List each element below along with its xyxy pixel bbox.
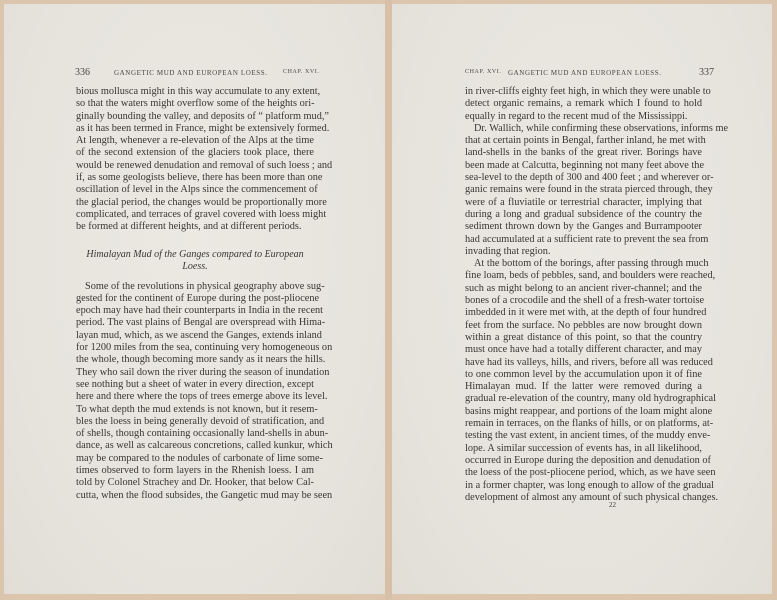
text-line: as it has been termed in France, might b… bbox=[76, 123, 314, 135]
text-line: Himalayan mud. If the latter were remove… bbox=[465, 381, 702, 393]
text-line: bious mollusca might in this way accumul… bbox=[76, 86, 314, 98]
text-line: sediment thrown down by the Ganges and B… bbox=[465, 221, 702, 233]
text-line: fine loam, beds of pebbles, sand, and bo… bbox=[465, 270, 702, 282]
text-line: Dr. Wallich, while confirming these obse… bbox=[465, 123, 702, 135]
section-heading-line: Himalayan Mud of the Ganges compared to … bbox=[76, 249, 314, 261]
text-line: To what depth the mud extends is not kno… bbox=[76, 404, 314, 416]
text-line: invading that region. bbox=[465, 246, 702, 258]
text-line: had accumulated at a sufficient rate to … bbox=[465, 234, 702, 246]
text-line: times observed to form layers in the Rhe… bbox=[76, 465, 314, 477]
left-page-body: bious mollusca might in this way accumul… bbox=[76, 86, 314, 502]
text-line: within a great distance of this point, s… bbox=[465, 332, 702, 344]
text-line: development of almost any amount of such… bbox=[465, 492, 702, 504]
text-line: cutta, when the flood subsides, the Gang… bbox=[76, 490, 314, 502]
running-title: GANGETIC MUD AND EUROPEAN LOESS. bbox=[508, 69, 662, 77]
text-line: to one common level by the accumulation … bbox=[465, 369, 702, 381]
paragraph: At the bottom of the borings, after pass… bbox=[465, 258, 702, 504]
text-line: for 1200 miles from the sea, continuing … bbox=[76, 342, 314, 354]
text-line: here and there where the tops of trees e… bbox=[76, 391, 314, 403]
signature-mark: 22 bbox=[609, 501, 616, 509]
text-line: the whole, though becoming more sandy as… bbox=[76, 354, 314, 366]
text-line: oscillation of level in the Alps since t… bbox=[76, 184, 314, 196]
text-line: sea-level to the depth of 300 and 400 fe… bbox=[465, 172, 702, 184]
text-line: such as might belong to an ancient river… bbox=[465, 283, 702, 295]
text-line: complicated, and terraces of gravel cove… bbox=[76, 209, 314, 221]
text-line: would be renewed denudation and removal … bbox=[76, 160, 314, 172]
text-line: in a former chapter, was long enough to … bbox=[465, 480, 702, 492]
text-line: ginally bounding the valley, and deposit… bbox=[76, 111, 314, 123]
text-line: lope. A similar succession of events has… bbox=[465, 443, 702, 455]
text-line: layan mud, which, as we ascend the Gange… bbox=[76, 330, 314, 342]
text-line: must once have had a totally different c… bbox=[465, 344, 702, 356]
chapter-label: CHAP. XVI. bbox=[465, 69, 502, 75]
page-number: 336 bbox=[75, 67, 90, 78]
text-line: were of a fluviatile or terrestrial char… bbox=[465, 197, 702, 209]
text-line: epoch may have had their counterparts in… bbox=[76, 305, 314, 317]
section-heading-line: Loess. bbox=[76, 261, 314, 273]
text-line: that at certain points in Bengal, farthe… bbox=[465, 135, 702, 147]
text-line: gested for the continent of Europe durin… bbox=[76, 293, 314, 305]
text-line: the glacial period, the changes would be… bbox=[76, 197, 314, 209]
text-line: bones of a crocodile and the shell of a … bbox=[465, 295, 702, 307]
book-gutter bbox=[385, 0, 392, 600]
text-line: of the second extension of the glaciers … bbox=[76, 147, 314, 159]
paragraph: in river-cliffs eighty feet high, in whi… bbox=[465, 86, 702, 123]
text-line: so that the waters might overflow some o… bbox=[76, 98, 314, 110]
text-line: At length, whenever a re-elevation of th… bbox=[76, 135, 314, 147]
text-line: be formed at different heights, and at d… bbox=[76, 221, 314, 233]
left-page: 336 GANGETIC MUD AND EUROPEAN LOESS. CHA… bbox=[4, 4, 385, 594]
text-line: detect organic remains, a remark which I… bbox=[465, 98, 702, 110]
text-line: Some of the revolutions in physical geog… bbox=[76, 281, 314, 293]
text-line: in river-cliffs eighty feet high, in whi… bbox=[465, 86, 702, 98]
text-line: dance, as well as calcareous concretions… bbox=[76, 440, 314, 452]
running-title: GANGETIC MUD AND EUROPEAN LOESS. bbox=[114, 69, 268, 77]
text-line: may be compared to the nodules of carbon… bbox=[76, 453, 314, 465]
text-line: if, as some geologists believe, there ha… bbox=[76, 172, 314, 184]
text-line: bles the loess in being generally devoid… bbox=[76, 416, 314, 428]
text-line: occurred in Europe during the deposition… bbox=[465, 455, 702, 467]
paragraph: Dr. Wallich, while confirming these obse… bbox=[465, 123, 702, 258]
text-line: feet from the surface. No pebbles are no… bbox=[465, 320, 702, 332]
text-line: during a long and gradual subsidence of … bbox=[465, 209, 702, 221]
text-line: land-shells in the banks of the great ri… bbox=[465, 147, 702, 159]
text-line: been made at Calcutta, beginning not man… bbox=[465, 160, 702, 172]
text-line: remain in terraces, on the flanks of hil… bbox=[465, 418, 702, 430]
text-line: basins might reappear, and portions of t… bbox=[465, 406, 702, 418]
text-line: equally in regard to the recent mud of t… bbox=[465, 111, 702, 123]
text-line: imbedded in it were met with, at the dep… bbox=[465, 307, 702, 319]
text-line: of shells, though containing occasionall… bbox=[76, 428, 314, 440]
text-line: ganic remains were found in the strata p… bbox=[465, 184, 702, 196]
text-line: have had its valleys, hills, and rivers,… bbox=[465, 357, 702, 369]
text-line: told by Colonel Strachey and Dr. Hooker,… bbox=[76, 477, 314, 489]
text-line: They who sail down the river during the … bbox=[76, 367, 314, 379]
paragraph: bious mollusca might in this way accumul… bbox=[76, 86, 314, 234]
text-line: see nothing but a sheet of water in ever… bbox=[76, 379, 314, 391]
right-page-body: in river-cliffs eighty feet high, in whi… bbox=[465, 86, 702, 504]
text-line: testing the vast extent, in ancient time… bbox=[465, 430, 702, 442]
right-page: CHAP. XVI. GANGETIC MUD AND EUROPEAN LOE… bbox=[392, 4, 772, 594]
chapter-label: CHAP. XVI. bbox=[283, 69, 320, 75]
text-line: At the bottom of the borings, after pass… bbox=[465, 258, 702, 270]
section-heading: Himalayan Mud of the Ganges compared to … bbox=[76, 249, 314, 273]
paragraph: Some of the revolutions in physical geog… bbox=[76, 281, 314, 502]
text-line: the loess of the post-pliocene period, w… bbox=[465, 467, 702, 479]
text-line: period. The vast plains of Bengal are ov… bbox=[76, 317, 314, 329]
page-number: 337 bbox=[699, 67, 714, 78]
text-line: gradual re-elevation of the country, man… bbox=[465, 393, 702, 405]
